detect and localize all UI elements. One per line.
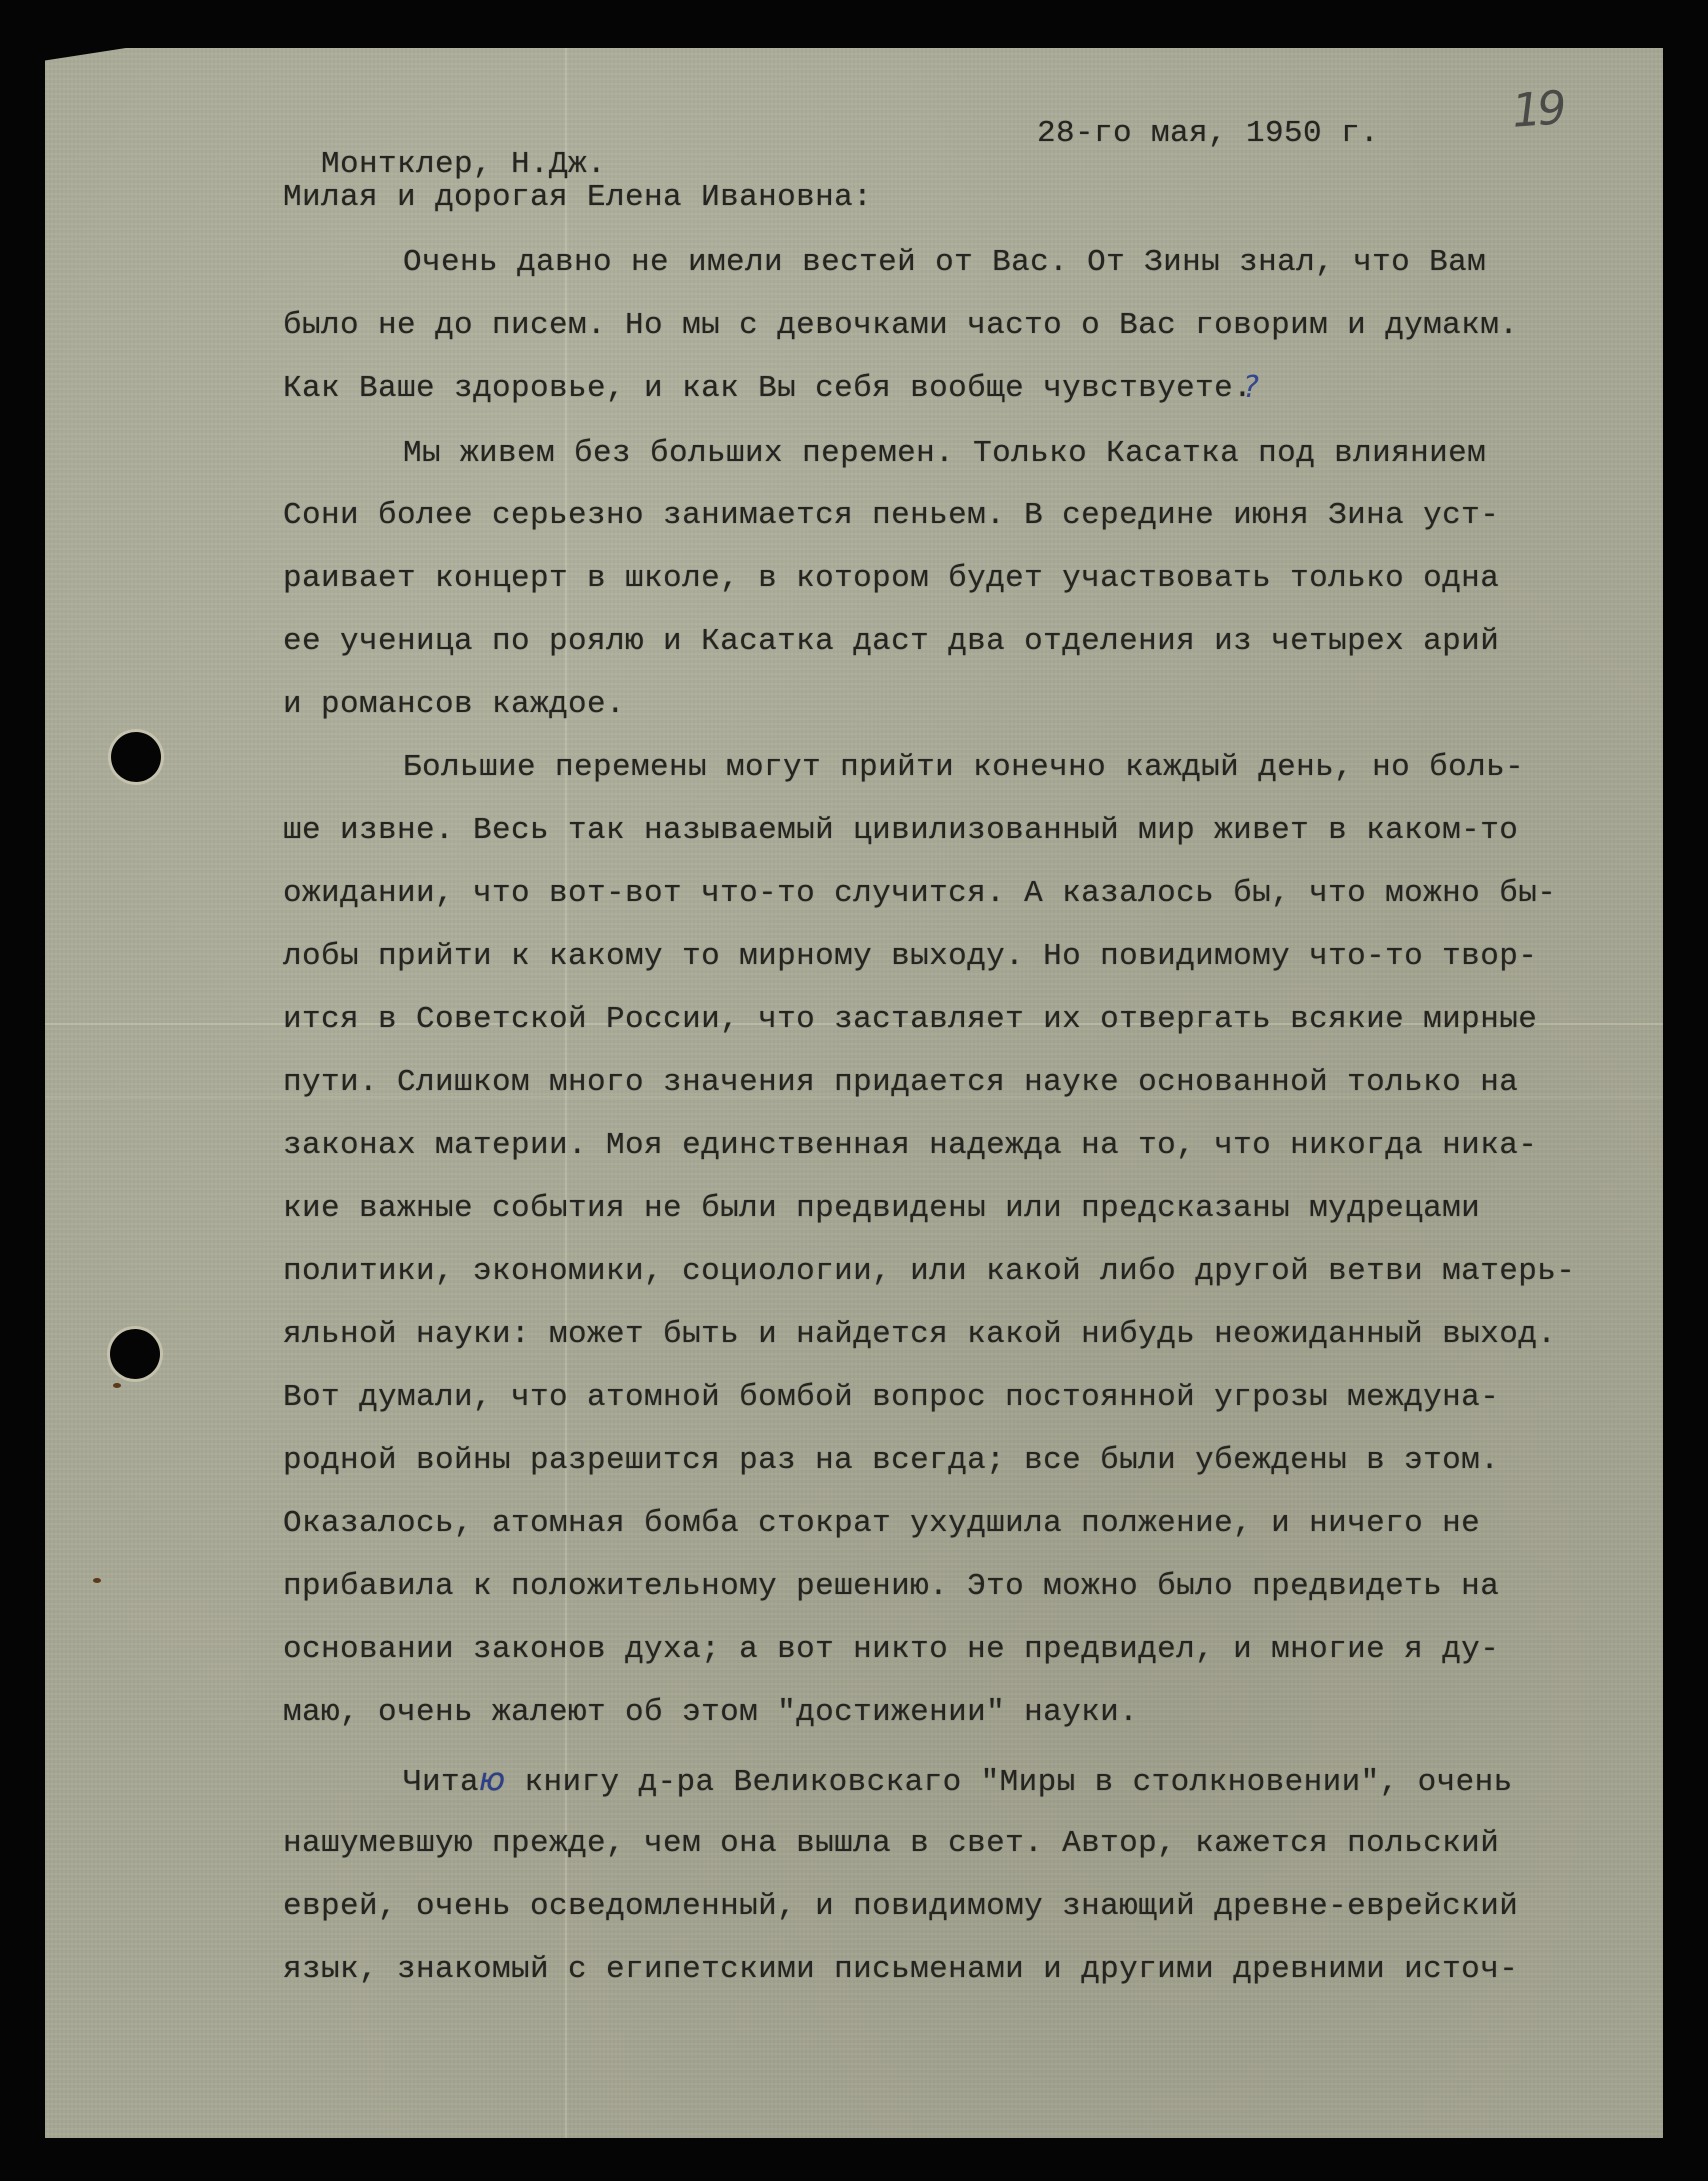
place: Монтклер, Н.Дж. bbox=[321, 147, 606, 182]
body-line: ше извне. Весь так называемый цивилизова… bbox=[283, 815, 1518, 846]
ink-stain bbox=[113, 1383, 121, 1388]
date: 28-го мая, 1950 г. bbox=[1037, 118, 1379, 149]
body-line: Мы живем без больших перемен. Только Кас… bbox=[403, 438, 1486, 469]
body-line: ее ученица по роялю и Касатка даст два о… bbox=[283, 626, 1499, 657]
folio-number: 19 bbox=[1510, 80, 1564, 137]
punch-hole bbox=[111, 732, 161, 782]
body-line: ится в Советской России, что заставляет … bbox=[283, 1004, 1537, 1035]
body-line: маю, очень жалеют об этом "достижении" н… bbox=[283, 1697, 1138, 1728]
body-line: основании законов духа; а вот никто не п… bbox=[283, 1634, 1499, 1665]
ink-stain bbox=[93, 1578, 101, 1583]
body-line: раивает концерт в школе, в котором будет… bbox=[283, 563, 1499, 594]
body-line: было не до писем. Но мы с девочками част… bbox=[283, 310, 1518, 341]
body-line: прибавила к положительному решению. Это … bbox=[283, 1571, 1499, 1602]
body-line: яльной науки: может быть и найдется како… bbox=[283, 1319, 1556, 1350]
body-line: пути. Слишком много значения придается н… bbox=[283, 1067, 1518, 1098]
handwritten-question-mark: ? bbox=[1243, 370, 1259, 405]
typed-text: Чита bbox=[403, 1765, 479, 1800]
body-line: Читаю книгу д-ра Великовскаго "Миры в ст… bbox=[403, 1765, 1513, 1798]
body-line: Большие перемены могут прийти конечно ка… bbox=[403, 752, 1524, 783]
letter-header: Монтклер, Н.Дж. bbox=[283, 118, 606, 180]
body-line: Вот думали, что атомной бомбой вопрос по… bbox=[283, 1382, 1499, 1413]
body-line: лобы прийти к какому то мирному выходу. … bbox=[283, 941, 1537, 972]
body-line: еврей, очень осведомленный, и повидимому… bbox=[283, 1891, 1518, 1922]
body-line: законах материи. Моя единственная надежд… bbox=[283, 1130, 1537, 1161]
punch-hole bbox=[110, 1329, 160, 1379]
body-line: Как Ваше здоровье, и как Вы себя вообще … bbox=[283, 373, 1252, 404]
salutation: Милая и дорогая Елена Ивановна: bbox=[283, 182, 872, 213]
body-line: Сони более серьезно занимается пеньем. В… bbox=[283, 500, 1499, 531]
body-line: родной войны разрешится раз на всегда; в… bbox=[283, 1445, 1499, 1476]
body-line: нашумевшую прежде, чем она вышла в свет.… bbox=[283, 1828, 1499, 1859]
handwritten-correction: ю bbox=[479, 1762, 506, 1798]
body-line: и романсов каждое. bbox=[283, 689, 625, 720]
body-line: кие важные события не были предвидены ил… bbox=[283, 1193, 1480, 1224]
typed-text: книгу д-ра Великовскаго "Миры в столкнов… bbox=[506, 1765, 1513, 1800]
body-line: Оказалось, атомная бомба стократ ухудшил… bbox=[283, 1508, 1480, 1539]
body-line: язык, знакомый с египетскими письменами … bbox=[283, 1954, 1518, 1985]
body-line: Очень давно не имели вестей от Вас. От З… bbox=[403, 247, 1486, 278]
body-line: ожидании, что вот-вот что-то случится. А… bbox=[283, 878, 1556, 909]
body-line: политики, экономики, социологии, или как… bbox=[283, 1256, 1575, 1287]
